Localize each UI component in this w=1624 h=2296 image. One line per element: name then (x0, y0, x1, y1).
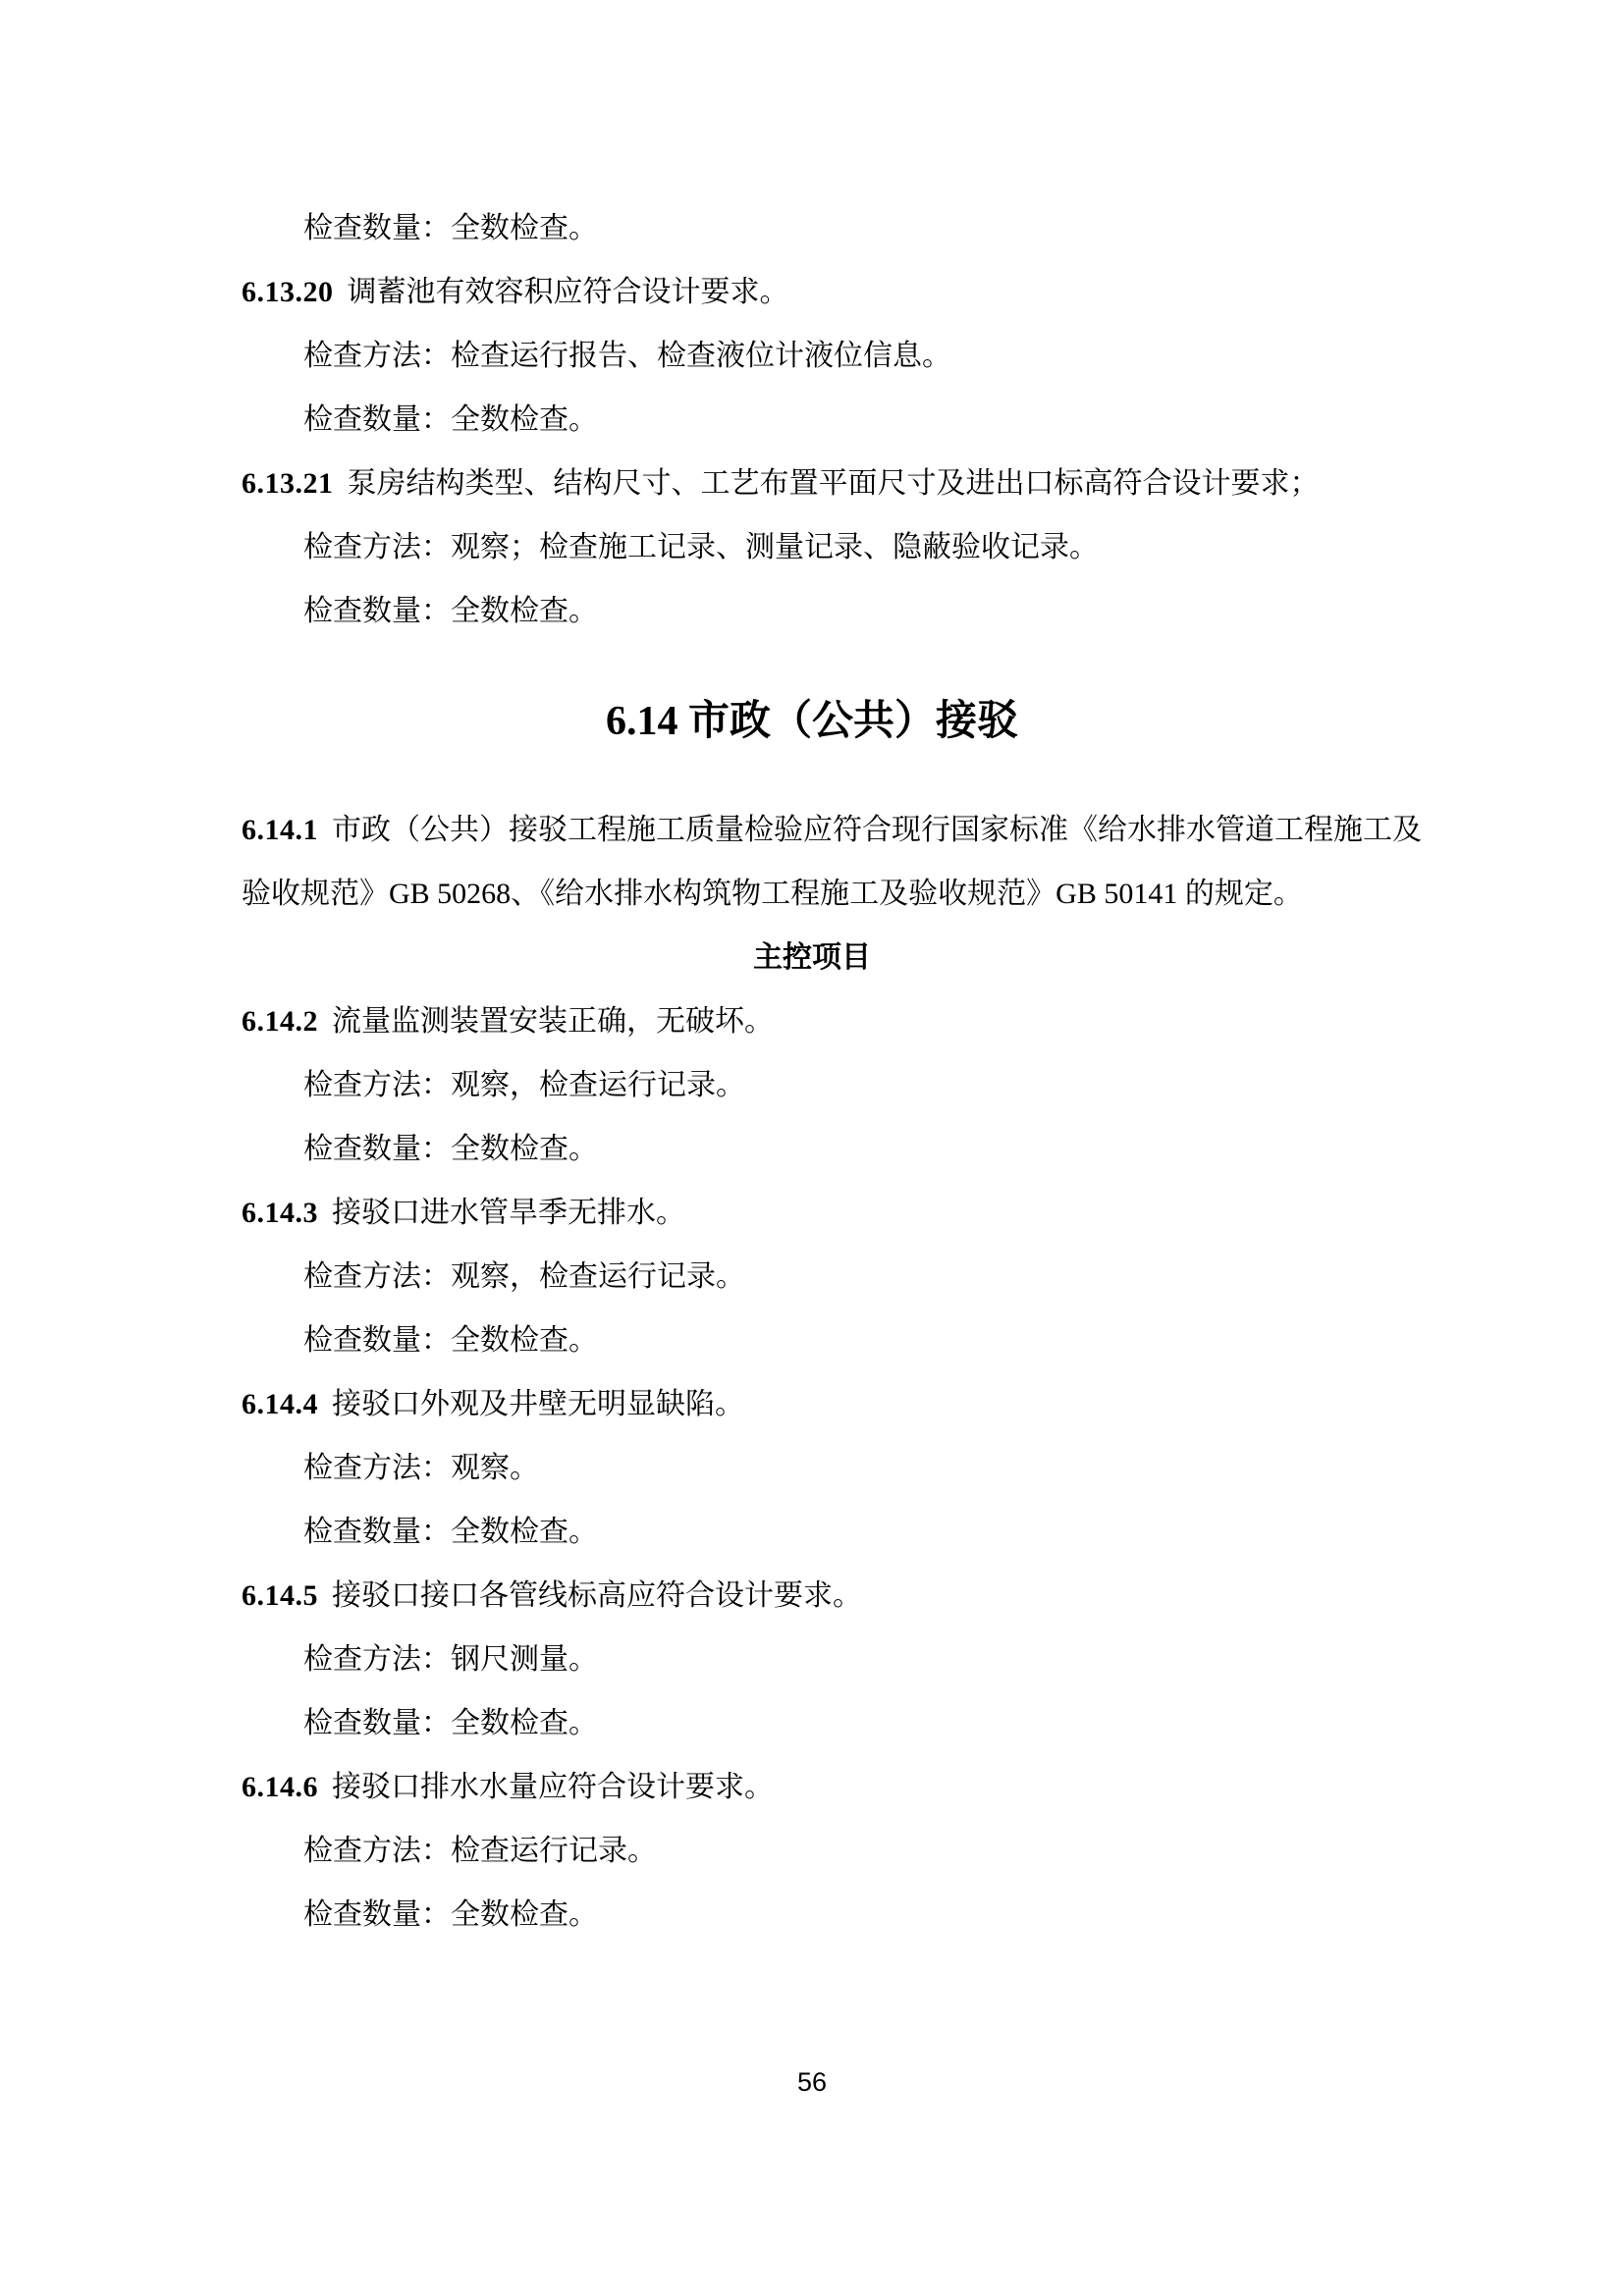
clause-text: 泵房结构类型、结构尺寸、工艺布置平面尺寸及进出口标高符合设计要求； (348, 467, 1320, 500)
inspection-method-line: 检查方法：观察；检查施工记录、测量记录、隐蔽验收记录。 (0, 515, 1624, 579)
clause-number: 6.14.3 (242, 1197, 318, 1229)
inspection-method-line: 检查方法：检查运行报告、检查液位计液位信息。 (0, 324, 1624, 388)
inspection-method-line: 检查方法：观察。 (0, 1436, 1624, 1500)
clause-6-14-6: 6.14.6接驳口排水水量应符合设计要求。 (0, 1755, 1624, 1819)
subsection-heading: 主控项目 (0, 926, 1624, 989)
inspection-method-line: 检查方法：检查运行记录。 (0, 1819, 1624, 1883)
inspection-quantity-line: 检查数量：全数检查。 (0, 1691, 1624, 1755)
clause-number: 6.14.2 (242, 1005, 318, 1038)
page-number: 56 (0, 2062, 1624, 2102)
inspection-method-line: 检查方法：观察，检查运行记录。 (0, 1053, 1624, 1117)
inspection-quantity-line: 检查数量：全数检查。 (0, 579, 1624, 643)
clause-text: 接驳口排水水量应符合设计要求。 (332, 1771, 774, 1803)
clause-6-13-20: 6.13.20调蓄池有效容积应符合设计要求。 (0, 260, 1624, 324)
inspection-quantity-line: 检查数量：全数检查。 (0, 196, 1624, 260)
clause-number: 6.13.20 (242, 276, 334, 308)
inspection-quantity-line: 检查数量：全数检查。 (0, 1883, 1624, 1947)
inspection-method-line: 检查方法：观察，检查运行记录。 (0, 1245, 1624, 1308)
document-page: 检查数量：全数检查。 6.13.20调蓄池有效容积应符合设计要求。 检查方法：检… (0, 0, 1624, 2296)
clause-6-13-21: 6.13.21泵房结构类型、结构尺寸、工艺布置平面尺寸及进出口标高符合设计要求； (0, 452, 1624, 515)
inspection-quantity-line: 检查数量：全数检查。 (0, 388, 1624, 452)
inspection-quantity-line: 检查数量：全数检查。 (0, 1117, 1624, 1181)
inspection-quantity-line: 检查数量：全数检查。 (0, 1308, 1624, 1372)
section-heading: 6.14 市政（公共）接驳 (0, 687, 1624, 756)
clause-text: 接驳口外观及井壁无明显缺陷。 (332, 1388, 744, 1420)
clause-text: 市政（公共）接驳工程施工质量检验应符合现行国家标准《给水排水管道工程施工及 (332, 814, 1422, 846)
clause-number: 6.14.4 (242, 1388, 318, 1420)
document-body: 检查数量：全数检查。 6.13.20调蓄池有效容积应符合设计要求。 检查方法：检… (0, 196, 1624, 1947)
clause-number: 6.14.6 (242, 1771, 318, 1803)
clause-number: 6.14.5 (242, 1579, 318, 1612)
clause-6-14-1-continuation: 验收规范》GB 50268、《给水排水构筑物工程施工及验收规范》GB 50141… (0, 862, 1624, 926)
clause-number: 6.14.1 (242, 814, 318, 846)
clause-text: 接驳口接口各管线标高应符合设计要求。 (332, 1579, 862, 1612)
clause-number: 6.13.21 (242, 467, 334, 500)
clause-text: 流量监测装置安装正确，无破坏。 (332, 1005, 774, 1038)
clause-6-14-5: 6.14.5接驳口接口各管线标高应符合设计要求。 (0, 1564, 1624, 1628)
clause-6-14-3: 6.14.3接驳口进水管旱季无排水。 (0, 1181, 1624, 1245)
clause-text: 接驳口进水管旱季无排水。 (332, 1197, 685, 1229)
clause-text: 调蓄池有效容积应符合设计要求。 (348, 276, 789, 308)
clause-6-14-2: 6.14.2流量监测装置安装正确，无破坏。 (0, 989, 1624, 1053)
inspection-method-line: 检查方法：钢尺测量。 (0, 1628, 1624, 1691)
clause-6-14-1: 6.14.1市政（公共）接驳工程施工质量检验应符合现行国家标准《给水排水管道工程… (0, 798, 1624, 862)
clause-6-14-4: 6.14.4接驳口外观及井壁无明显缺陷。 (0, 1372, 1624, 1436)
inspection-quantity-line: 检查数量：全数检查。 (0, 1500, 1624, 1564)
